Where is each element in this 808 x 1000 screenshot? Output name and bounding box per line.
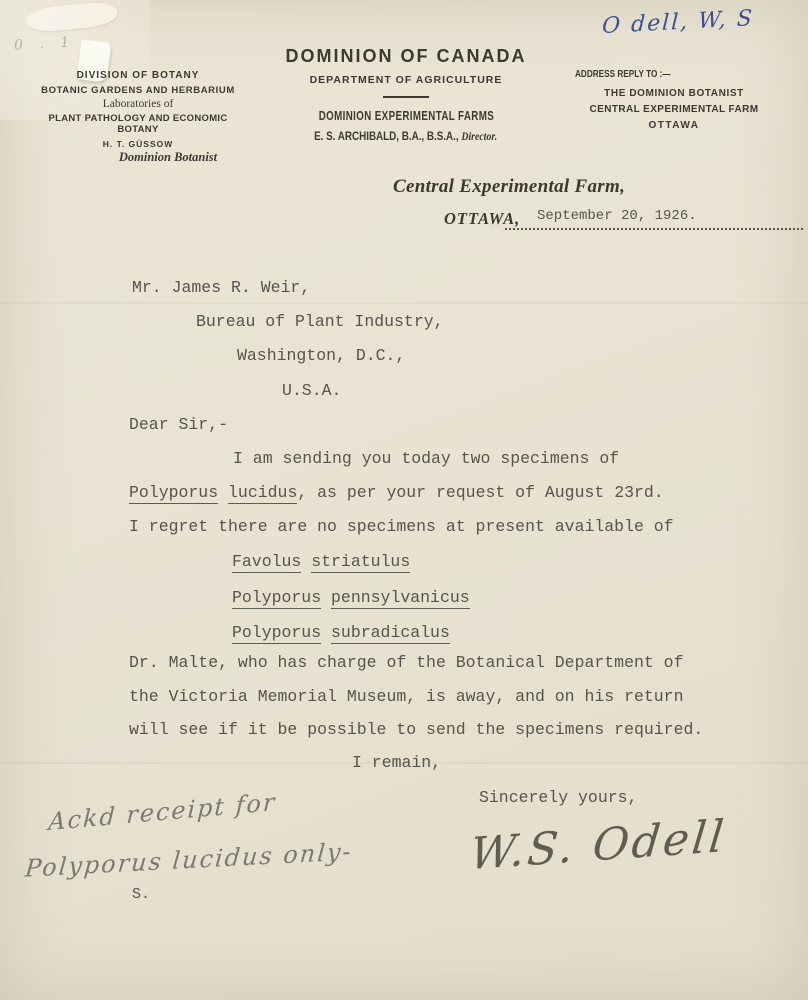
- paper-crease: [0, 302, 808, 304]
- body-line-1: I am sending you today two specimens of: [233, 449, 619, 468]
- body-i-remain: I remain,: [352, 753, 441, 772]
- species-list-item-3: Polyporus subradicalus: [232, 623, 450, 642]
- species-list-item-2: Polyporus pennsylvanicus: [232, 588, 470, 607]
- department-of-agriculture: DEPARTMENT OF AGRICULTURE: [278, 74, 534, 86]
- pencil-note-line-2: Polyporus lucidus only-: [24, 837, 354, 882]
- species-pennsylvanicus: pennsylvanicus: [331, 588, 470, 609]
- word-space: [321, 623, 331, 642]
- species-lucidus: lucidus: [228, 483, 297, 504]
- body-line-5: the Victoria Memorial Museum, is away, a…: [129, 687, 684, 706]
- handwritten-filing-name: O dell, W, S: [601, 6, 754, 39]
- letterhead-left: DIVISION OF BOTANY BOTANIC GARDENS AND H…: [28, 70, 248, 165]
- body-line-4: Dr. Malte, who has charge of the Botanic…: [129, 653, 684, 672]
- dateline-place: Central Experimental Farm,: [393, 176, 625, 198]
- body-line-3: I regret there are no specimens at prese…: [129, 517, 674, 536]
- pencil-note-line-1: Ackd receipt for: [48, 788, 277, 836]
- species-striatulus: striatulus: [311, 552, 410, 573]
- handwritten-signature: W.S. Odell: [468, 811, 729, 880]
- reply-line-1: THE DOMINION BOTANIST: [575, 88, 773, 99]
- dateline-typed-date: September 20, 1926.: [537, 208, 697, 224]
- species-polyporus: Polyporus: [129, 483, 218, 504]
- species-favolus: Favolus: [232, 552, 301, 573]
- word-space: [218, 483, 228, 502]
- recipient-line-4: U.S.A.: [282, 381, 341, 400]
- word-space: [301, 552, 311, 571]
- typed-initial: S.: [132, 886, 150, 903]
- letterhead-rule: [383, 96, 429, 98]
- pathology-line: PLANT PATHOLOGY AND ECONOMIC BOTANY: [28, 113, 248, 135]
- reply-line-2: CENTRAL EXPERIMENTAL FARM: [575, 104, 773, 115]
- species-polyporus-3: Polyporus: [232, 623, 321, 644]
- experimental-farms-line: DOMINION EXPERIMENTAL FARMS: [318, 109, 493, 123]
- body-line-6: will see if it be possible to send the s…: [129, 720, 703, 739]
- letter-page: 0 . 1 O dell, W, S DIVISION OF BOTANY BO…: [0, 0, 808, 1000]
- director-title: Director.: [462, 129, 498, 143]
- recipient-line-2: Bureau of Plant Industry,: [196, 312, 444, 331]
- letterhead-center: DOMINION OF CANADA DEPARTMENT OF AGRICUL…: [278, 46, 534, 145]
- director-name: E. S. ARCHIBALD, B.A., B.S.A.,: [314, 129, 461, 143]
- director-line: E. S. ARCHIBALD, B.A., B.S.A., Director.: [314, 129, 497, 144]
- species-polyporus-2: Polyporus: [232, 588, 321, 609]
- dominion-botanist-title: Dominion Botanist: [88, 150, 248, 165]
- species-subradicalus: subradicalus: [331, 623, 450, 644]
- division-line: DIVISION OF BOTANY: [28, 70, 248, 81]
- gardens-line: BOTANIC GARDENS AND HERBARIUM: [28, 85, 248, 96]
- letterhead-right: ADDRESS REPLY TO :— THE DOMINION BOTANIS…: [575, 64, 773, 131]
- body-line-2-rest: , as per your request of August 23rd.: [297, 483, 663, 502]
- recipient-line-3: Washington, D.C.,: [237, 346, 405, 365]
- faint-pencil-marks: 0 . 1: [14, 34, 76, 53]
- labs-of-line: Laboratories of: [28, 98, 248, 110]
- species-list-item-1: Favolus striatulus: [232, 552, 410, 571]
- reply-line-3: OTTAWA: [575, 120, 773, 131]
- salutation: Dear Sir,-: [129, 415, 228, 434]
- closing-sincerely: Sincerely yours,: [479, 788, 637, 807]
- gussow-line: H. T. GÜSSOW: [28, 139, 248, 149]
- body-line-2: Polyporus lucidus, as per your request o…: [129, 483, 664, 502]
- address-reply-label: ADDRESS REPLY TO :—: [575, 69, 671, 80]
- word-space: [321, 588, 331, 607]
- dominion-of-canada: DOMINION OF CANADA: [278, 46, 534, 67]
- recipient-line-1: Mr. James R. Weir,: [132, 278, 310, 297]
